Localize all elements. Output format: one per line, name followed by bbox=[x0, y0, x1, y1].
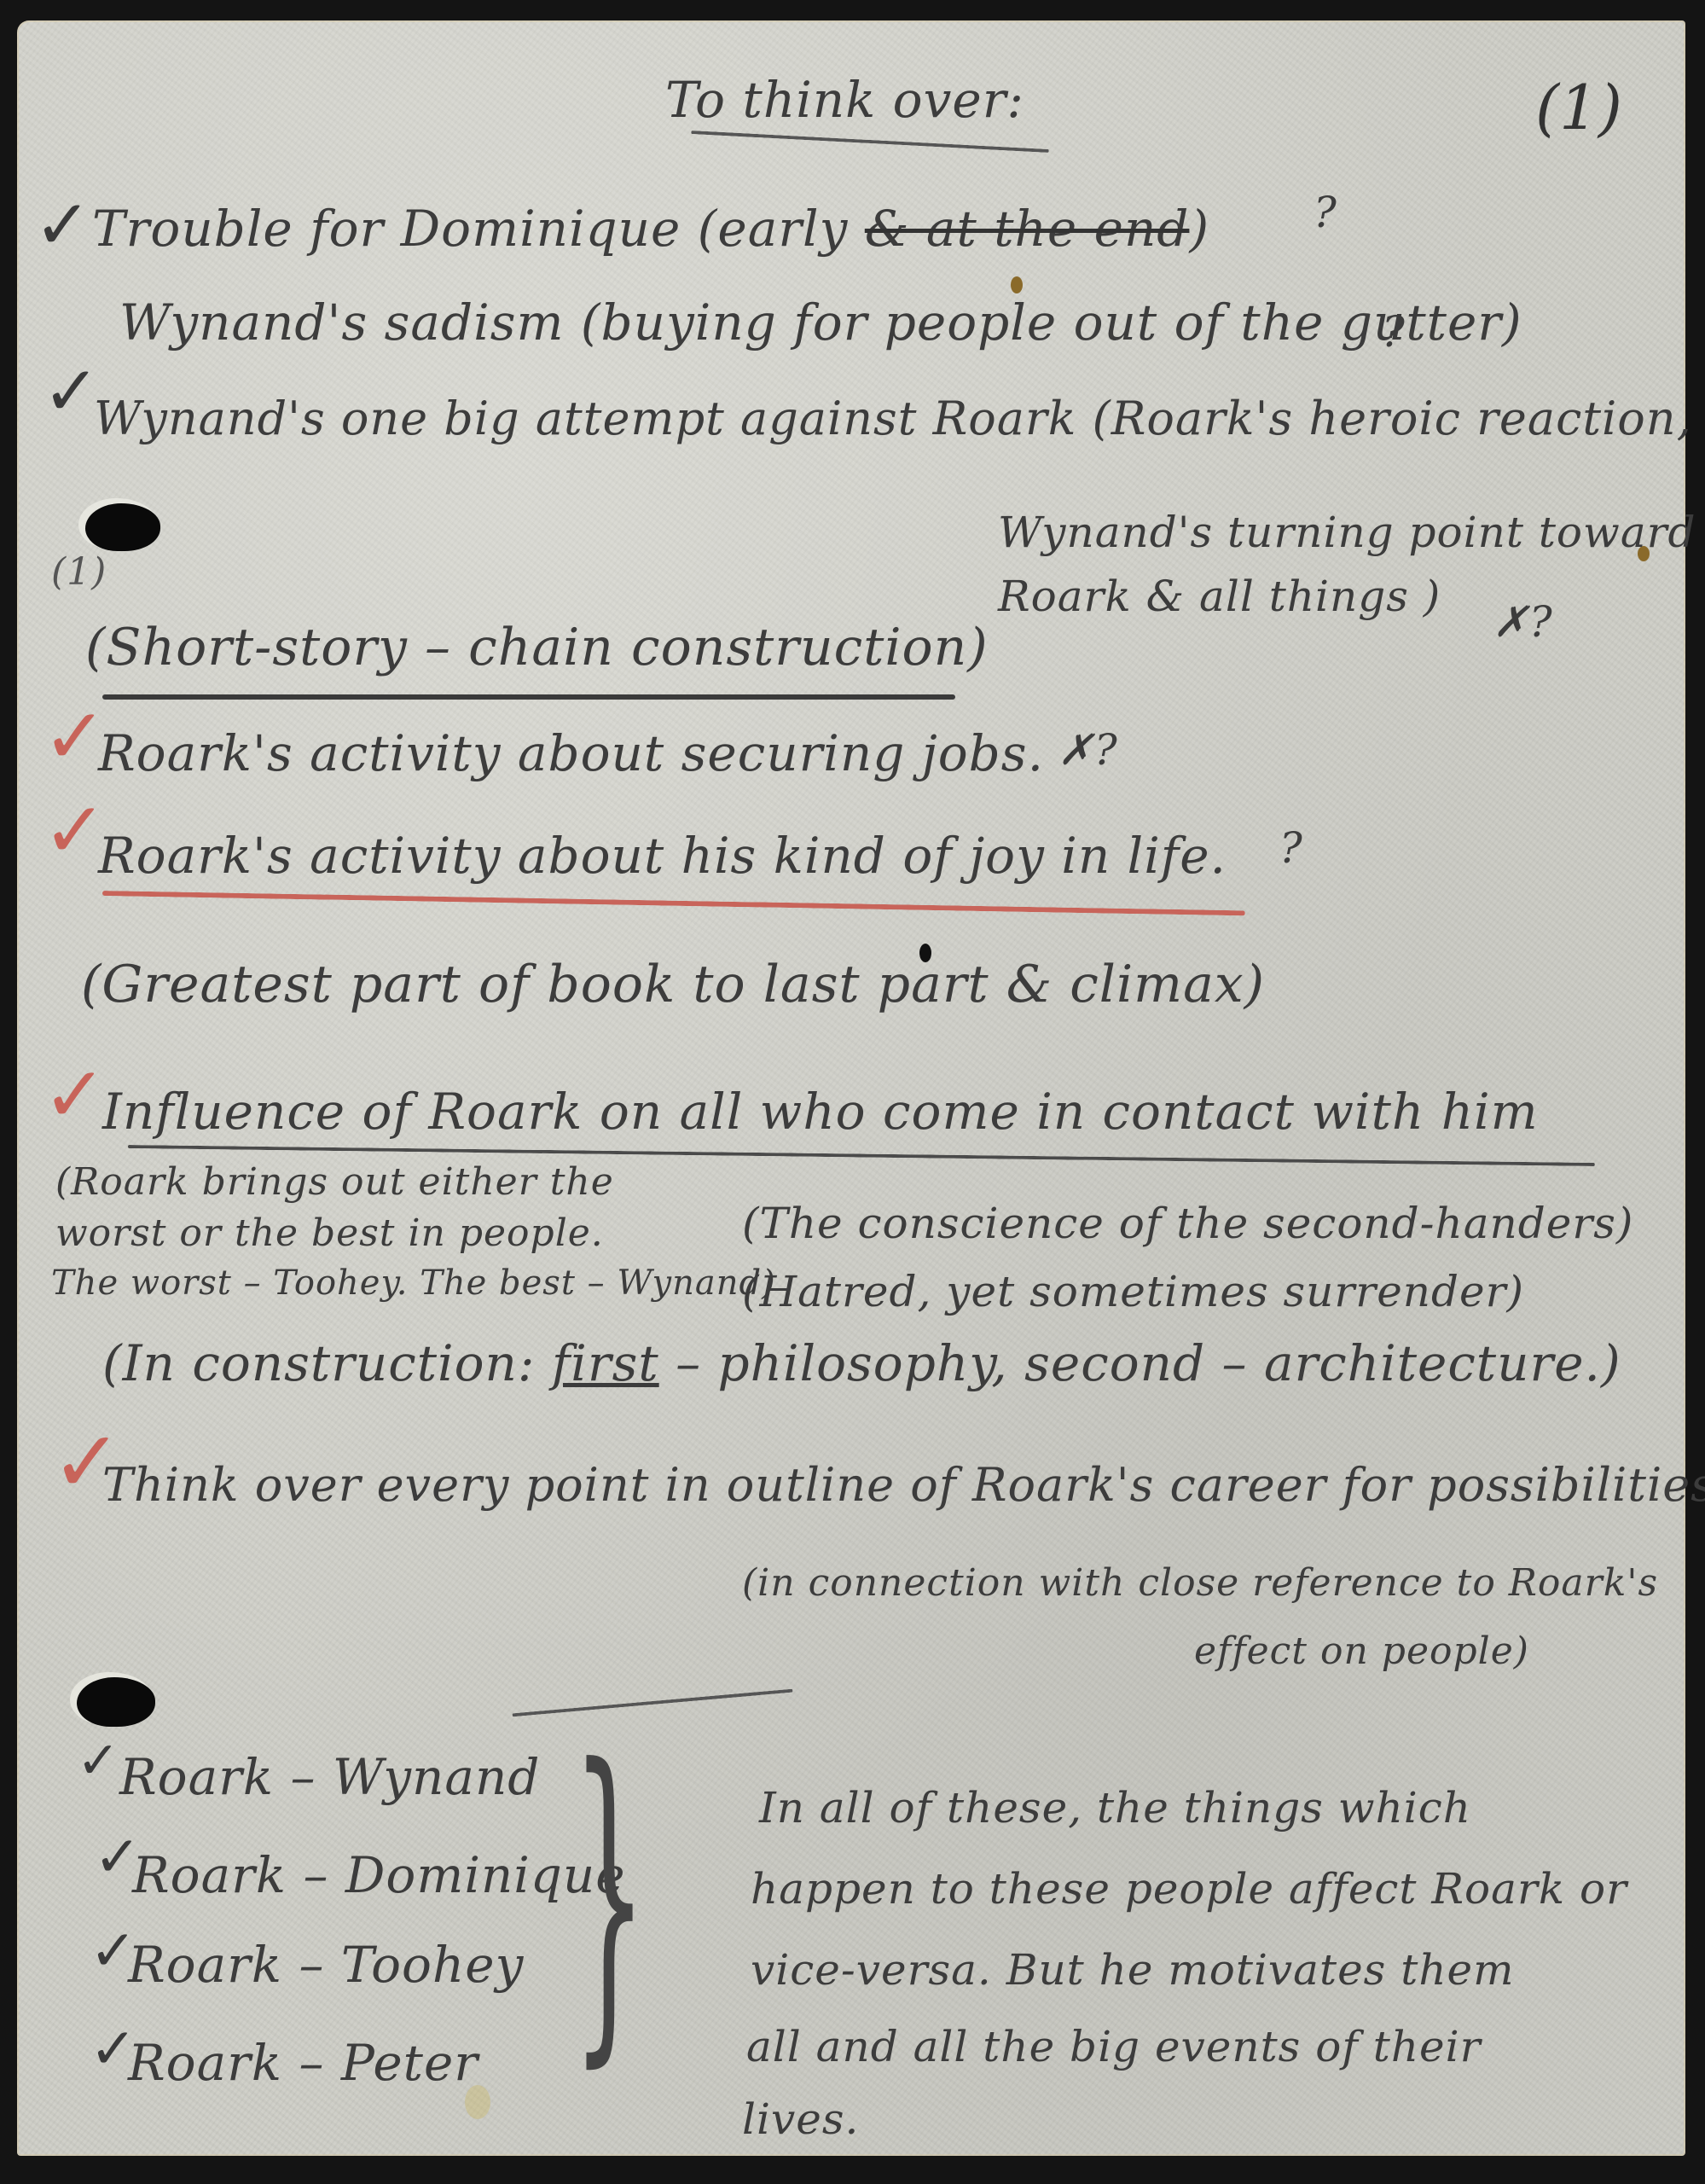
check-icon: ✓ bbox=[43, 1057, 107, 1134]
check-icon: ✓ bbox=[34, 191, 91, 259]
sub-note: worst or the best in people. bbox=[55, 1215, 604, 1252]
curly-brace: } bbox=[571, 1727, 647, 2068]
pair-item: Roark – Dominique bbox=[132, 1850, 626, 1900]
red-underline bbox=[102, 891, 1245, 915]
note-line: Trouble for Dominique (early & at the en… bbox=[92, 204, 1209, 253]
note-line: (In construction: first – philosophy, se… bbox=[102, 1339, 1621, 1388]
page-heading: To think over: bbox=[665, 75, 1024, 125]
note-text: (In construction: bbox=[102, 1334, 535, 1392]
sub-note: (Roark brings out either the bbox=[55, 1164, 614, 1201]
manuscript-page: To think over: (1) ✓ Trouble for Dominiq… bbox=[17, 20, 1685, 2156]
margin-cross-mark: ✗? bbox=[1493, 601, 1553, 643]
pairs-note-line: lives. bbox=[742, 2098, 859, 2140]
pairs-note-line: In all of these, the things which bbox=[759, 1786, 1471, 1829]
note-continuation: (in connection with close reference to R… bbox=[742, 1565, 1658, 1602]
note-text: – philosophy, second – architecture.) bbox=[676, 1334, 1621, 1392]
note-line: Roark's activity about his kind of joy i… bbox=[98, 831, 1227, 880]
section-underline bbox=[102, 694, 955, 700]
check-icon: ✓ bbox=[43, 357, 100, 426]
emphasis-text: first bbox=[552, 1334, 659, 1392]
pairs-note-line: all and all the big events of their bbox=[746, 2025, 1482, 2068]
margin-question-mark: ? bbox=[1279, 827, 1303, 869]
pairs-note-line: vice-versa. But he motivates them bbox=[751, 1949, 1515, 1991]
pair-item: Roark – Toohey bbox=[128, 1940, 524, 1989]
note-line: (Short-story – chain construction) bbox=[85, 622, 989, 673]
close-paren: ) bbox=[1189, 200, 1209, 258]
note-continuation: Wynand's turning point toward bbox=[998, 511, 1696, 554]
note-continuation: effect on people) bbox=[1194, 1633, 1529, 1670]
pair-item: Roark – Peter bbox=[128, 2038, 478, 2088]
note-line: Wynand's one big attempt against Roark (… bbox=[94, 396, 1692, 442]
page-number: (1) bbox=[1535, 72, 1622, 143]
check-icon: ✓ bbox=[77, 1735, 119, 1786]
punch-hole-bottom bbox=[77, 1677, 155, 1727]
margin-question-mark: ? bbox=[1382, 311, 1406, 353]
pair-item: Roark – Wynand bbox=[119, 1752, 540, 1802]
pairs-note-line: happen to these people affect Roark or bbox=[751, 1867, 1627, 1910]
sub-note: (Hatred, yet sometimes surrender) bbox=[742, 1270, 1524, 1313]
margin-note: (1) bbox=[51, 554, 107, 591]
separator-stroke bbox=[512, 1689, 792, 1717]
note-line: Roark's activity about securing jobs. bbox=[98, 729, 1044, 778]
note-text: Trouble for Dominique (early bbox=[92, 200, 848, 258]
margin-cross-mark: ✗? bbox=[1058, 729, 1118, 771]
heading-underline bbox=[691, 131, 1049, 153]
note-continuation: Roark & all things ) bbox=[998, 575, 1441, 618]
struck-text: & at the end bbox=[865, 200, 1190, 258]
note-line: (Greatest part of book to last part & cl… bbox=[81, 959, 1265, 1010]
sub-note: (The conscience of the second-handers) bbox=[742, 1202, 1633, 1245]
note-line: Wynand's sadism (buying for people out o… bbox=[119, 298, 1522, 347]
note-line: Influence of Roark on all who come in co… bbox=[102, 1087, 1539, 1136]
punch-hole-top bbox=[85, 503, 160, 551]
note-line: Think over every point in outline of Roa… bbox=[102, 1462, 1705, 1508]
margin-question-mark: ? bbox=[1314, 191, 1337, 234]
rust-stain bbox=[1011, 276, 1023, 293]
sub-note: The worst – Toohey. The best – Wynand) bbox=[51, 1266, 776, 1300]
